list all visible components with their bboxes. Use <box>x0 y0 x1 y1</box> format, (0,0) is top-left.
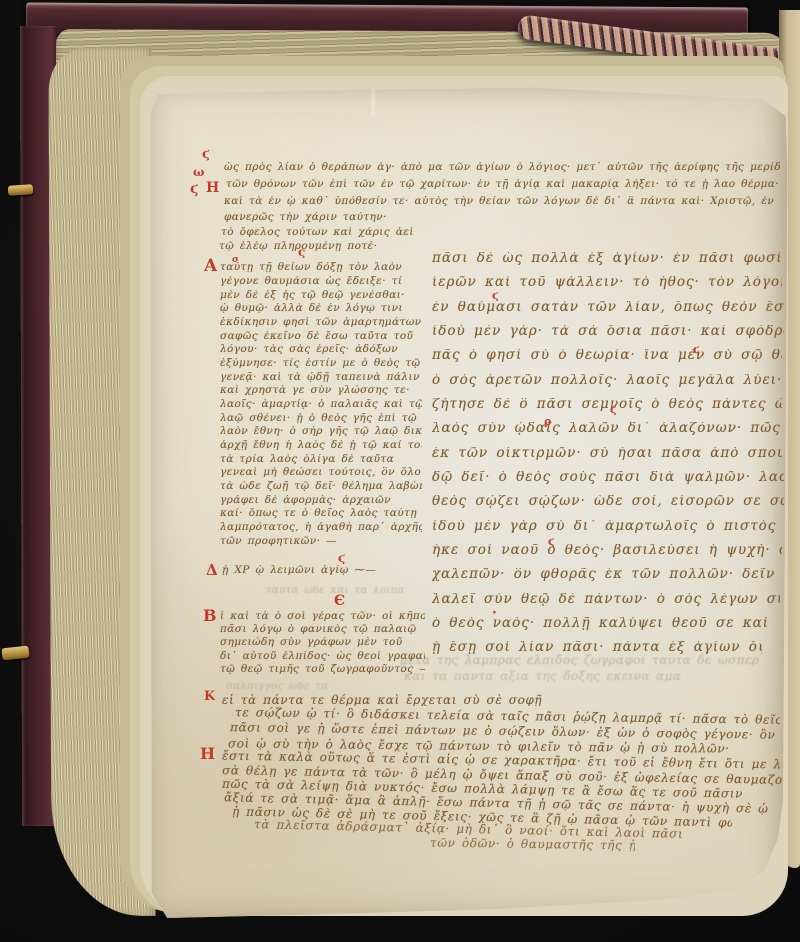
delta-ornament: ϛ <box>338 552 345 564</box>
rubric-stigma: ϛ <box>202 148 210 161</box>
rubric-interlinear: ϛ <box>610 404 617 415</box>
rubric-squiggle: ς <box>298 246 305 258</box>
epsilon-ornament: Є <box>334 594 345 608</box>
initial-eta-bottom: Η <box>200 746 215 762</box>
photograph-backdrop: { "palette":{ "backdrop":"#0b0b0b","cove… <box>0 0 800 942</box>
rubric-interlinear: ϛ <box>548 536 555 547</box>
initial-delta: Δ <box>206 563 218 578</box>
initial-kappa: Κ <box>204 690 215 703</box>
rubric-interlinear: ϛ <box>693 344 700 355</box>
rubric-mark: σ <box>232 256 239 265</box>
rubric-interlinear: ρ <box>544 416 551 427</box>
rubricated-initials: ϛωϛΗςσΑϛϛϛρϛ·ϛΔЄΒΚΗ <box>148 86 788 918</box>
rubric-stigma: ϛ <box>190 182 199 196</box>
rubric-dot: · <box>492 606 497 620</box>
parchment-page[interactable]: ταυτα ωδε και τα λοιπαμετα της λαμπρας ε… <box>148 86 788 918</box>
initial-beta: Β <box>203 608 217 624</box>
initial-eta-top: Η <box>206 181 219 195</box>
brass-clasp-pin <box>8 184 34 196</box>
rubric-interlinear: ϛ <box>492 290 499 301</box>
initial-alpha: Α <box>204 258 217 275</box>
rubric-omega: ω <box>193 166 204 178</box>
